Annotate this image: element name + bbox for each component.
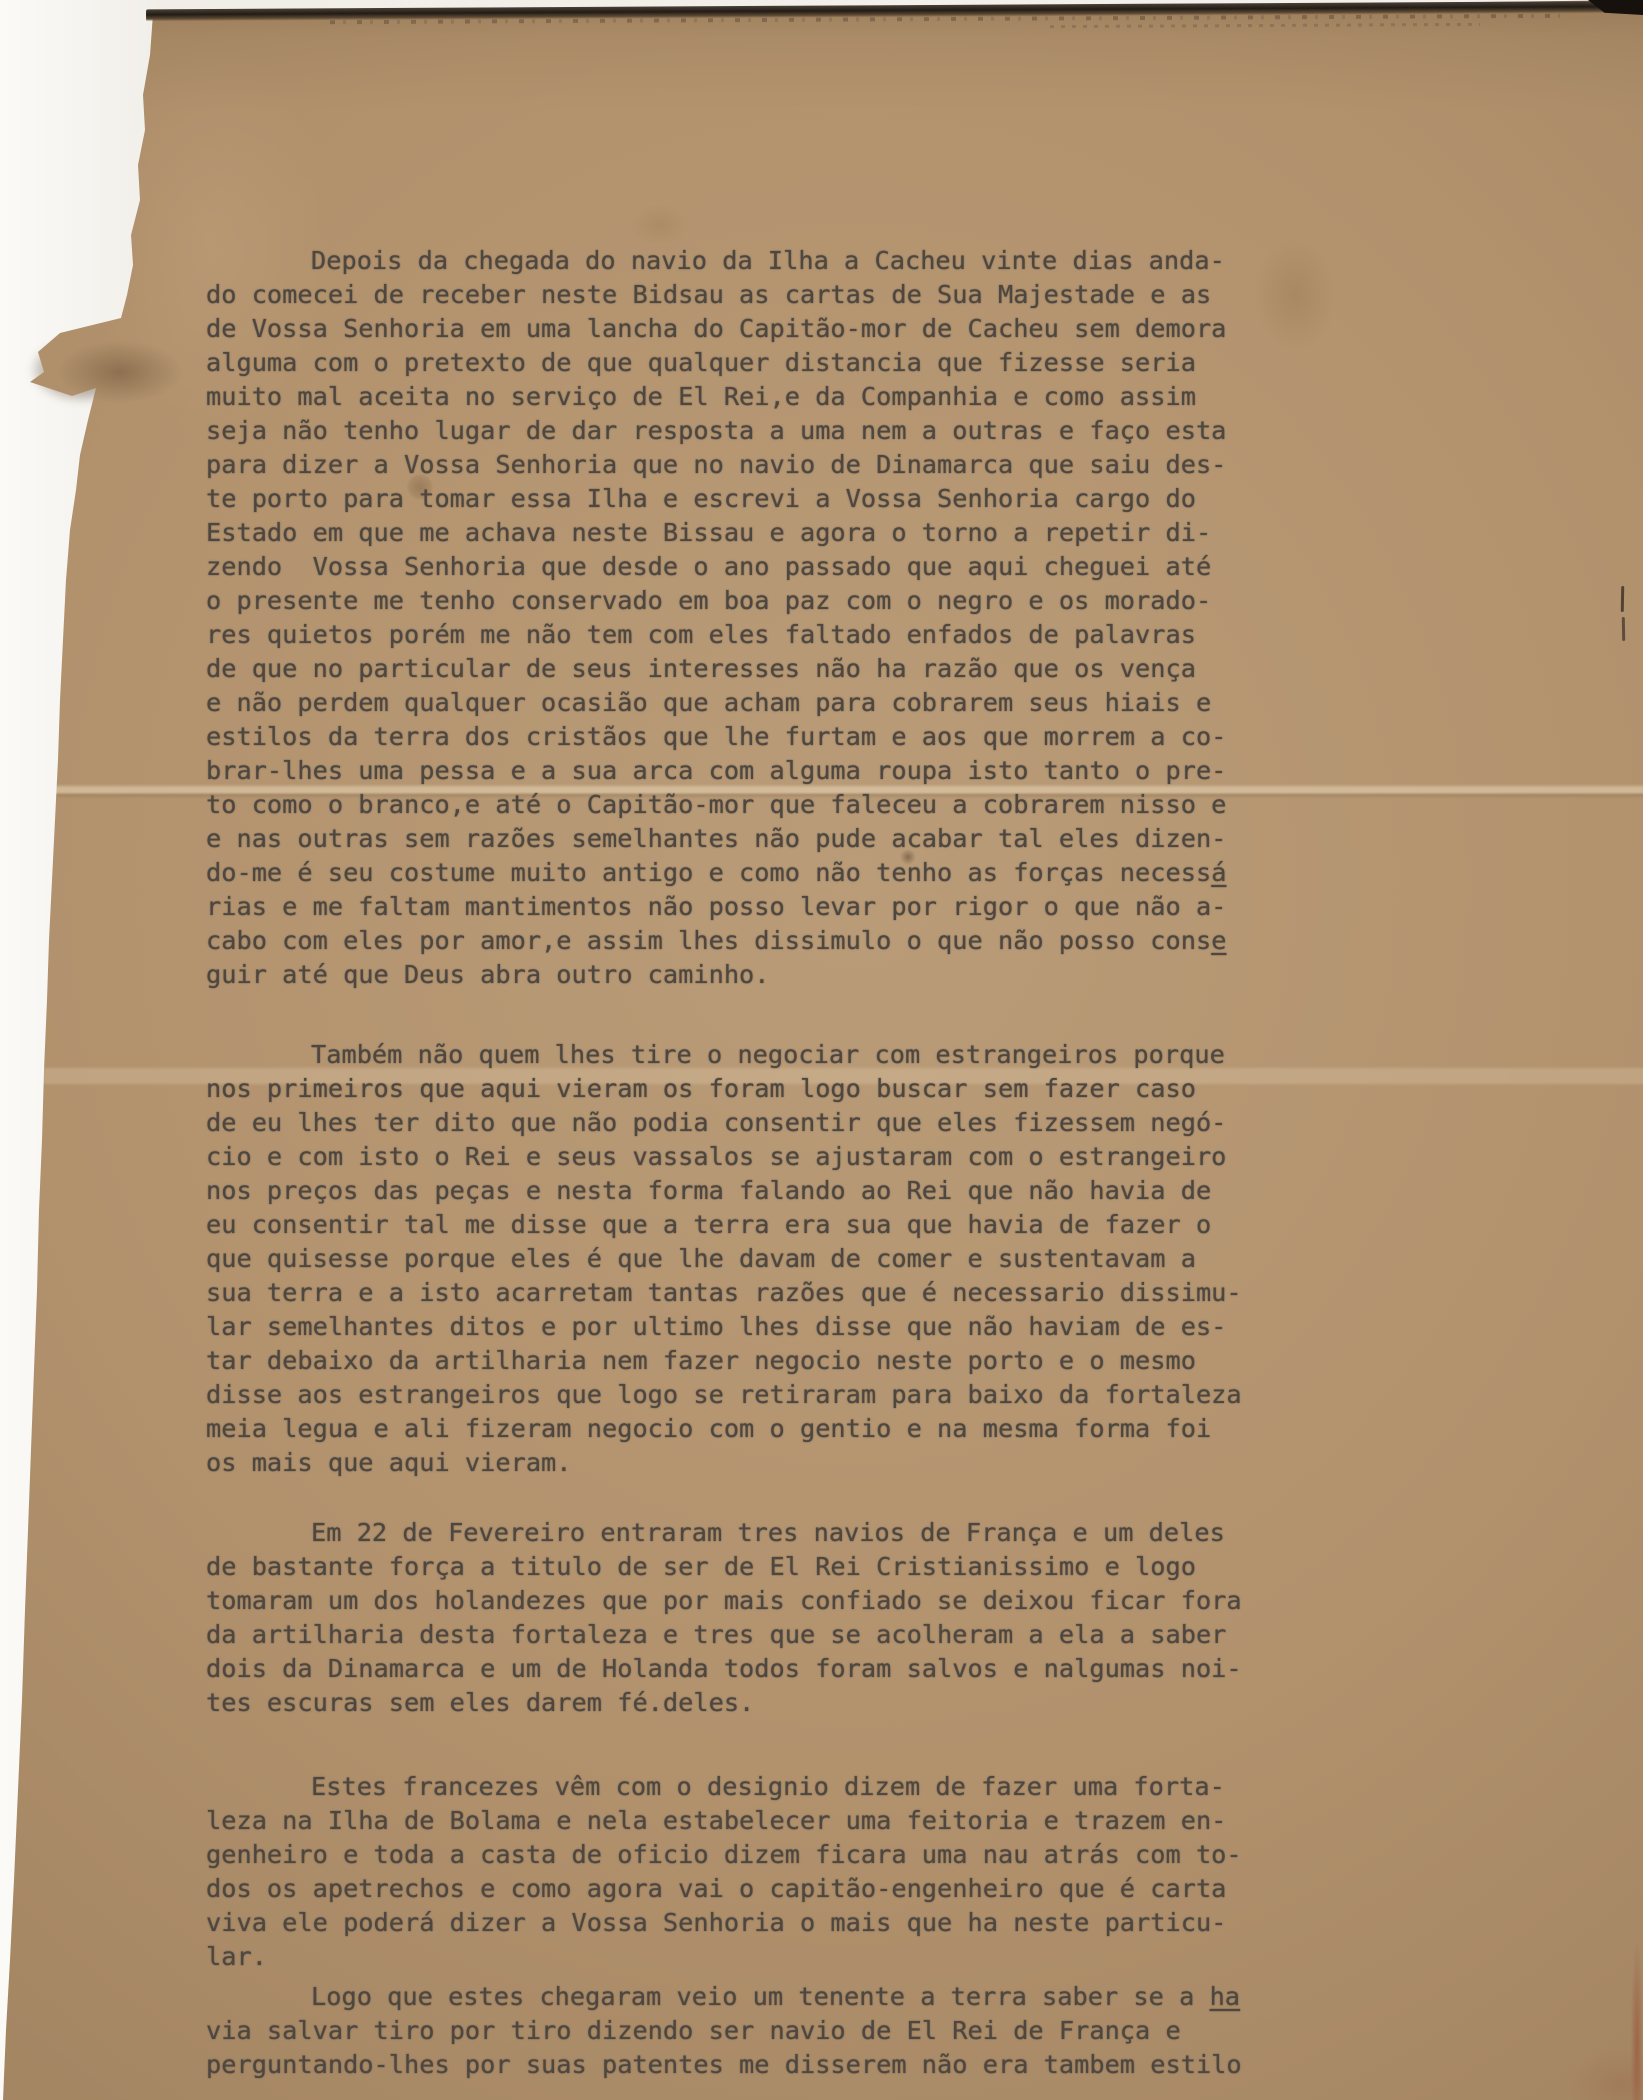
typewritten-line: lar semelhantes ditos e por ultimo lhes … xyxy=(206,1310,1586,1344)
text-segment: alguma com o pretexto de que qualquer di… xyxy=(206,348,1196,377)
typewritten-line: dois da Dinamarca e um de Holanda todos … xyxy=(206,1652,1586,1686)
typewritten-line: cio e com isto o Rei e seus vassalos se … xyxy=(206,1140,1586,1174)
text-segment: de que no particular de seus interesses … xyxy=(206,654,1196,683)
typewritten-line: sua terra e a isto acarretam tantas razõ… xyxy=(206,1276,1586,1310)
typewritten-line: Em 22 de Fevereiro entraram tres navios … xyxy=(206,1516,1586,1550)
text-segment: rias e me faltam mantimentos não posso l… xyxy=(206,892,1226,921)
text-segment: meia legua e ali fizeram negocio com o g… xyxy=(206,1414,1211,1443)
underlined-text: á xyxy=(1211,858,1226,887)
typewritten-line: do-me é seu costume muito antigo e como … xyxy=(206,856,1586,890)
text-segment: para dizer a Vossa Senhoria que no navio… xyxy=(206,450,1226,479)
text-segment: to como o branco,e até o Capitão-mor que… xyxy=(206,790,1226,819)
text-segment: perguntando-lhes por suas patentes me di… xyxy=(206,2050,1242,2079)
text-segment: Logo que estes chegaram veio um tenente … xyxy=(311,1982,1210,2011)
typewritten-line: genheiro e toda a casta de oficio dizem … xyxy=(206,1838,1586,1872)
letter-text: Depois da chegada do navio da Ilha a Cac… xyxy=(206,244,1586,2082)
typewritten-line: de Vossa Senhoria em uma lancha do Capit… xyxy=(206,312,1586,346)
text-segment: viva ele poderá dizer a Vossa Senhoria o… xyxy=(206,1908,1226,1937)
text-segment: que quisesse porque eles é que lhe davam… xyxy=(206,1244,1196,1273)
text-segment: tes escuras sem eles darem fé.deles. xyxy=(206,1688,754,1717)
text-segment: de Vossa Senhoria em uma lancha do Capit… xyxy=(206,314,1226,343)
text-segment: Estado em que me achava neste Bissau e a… xyxy=(206,518,1211,547)
text-segment: zendo Vossa Senhoria que desde o ano pas… xyxy=(206,552,1211,581)
text-segment: disse aos estrangeiros que logo se retir… xyxy=(206,1380,1242,1409)
typewritten-line: perguntando-lhes por suas patentes me di… xyxy=(206,2048,1586,2082)
typewritten-line: Estado em que me achava neste Bissau e a… xyxy=(206,516,1586,550)
typewritten-line: de que no particular de seus interesses … xyxy=(206,652,1586,686)
typewritten-line: meia legua e ali fizeram negocio com o g… xyxy=(206,1412,1586,1446)
typewritten-line: do comecei de receber neste Bidsau as ca… xyxy=(206,278,1586,312)
typewritten-line: eu consentir tal me disse que a terra er… xyxy=(206,1208,1586,1242)
typewritten-line: e não perdem qualquer ocasião que acham … xyxy=(206,686,1586,720)
text-segment: muito mal aceita no serviço de El Rei,e … xyxy=(206,382,1196,411)
typewritten-line: nos preços das peças e nesta forma falan… xyxy=(206,1174,1586,1208)
stray-ink-mark xyxy=(1622,617,1625,641)
text-segment: res quietos porém me não tem com eles fa… xyxy=(206,620,1196,649)
typewritten-line: disse aos estrangeiros que logo se retir… xyxy=(206,1378,1586,1412)
paragraph: Em 22 de Fevereiro entraram tres navios … xyxy=(206,1516,1586,1720)
typewritten-line: da artilharia desta fortaleza e tres que… xyxy=(206,1618,1586,1652)
typewritten-line: dos os apetrechos e como agora vai o cap… xyxy=(206,1872,1586,1906)
text-segment: o presente me tenho conservado em boa pa… xyxy=(206,586,1211,615)
text-segment: leza na Ilha de Bolama e nela estabelece… xyxy=(206,1806,1226,1835)
text-segment: estilos da terra dos cristãos que lhe fu… xyxy=(206,722,1226,751)
text-segment: de eu lhes ter dito que não podia consen… xyxy=(206,1108,1226,1137)
text-segment: e nas outras sem razões semelhantes não … xyxy=(206,824,1226,853)
text-segment: dos os apetrechos e como agora vai o cap… xyxy=(206,1874,1226,1903)
text-segment: brar-lhes uma pessa e a sua arca com alg… xyxy=(206,756,1226,785)
typewritten-line: e nas outras sem razões semelhantes não … xyxy=(206,822,1586,856)
typewritten-line: Depois da chegada do navio da Ilha a Cac… xyxy=(206,244,1586,278)
typewritten-line: os mais que aqui vieram. xyxy=(206,1446,1586,1480)
text-segment: Também não quem lhes tire o negociar com… xyxy=(311,1040,1225,1069)
underlined-text: e xyxy=(1211,926,1226,955)
paragraph: Também não quem lhes tire o negociar com… xyxy=(206,1038,1586,1480)
typewritten-line: zendo Vossa Senhoria que desde o ano pas… xyxy=(206,550,1586,584)
text-segment: do-me é seu costume muito antigo e como … xyxy=(206,858,1211,887)
typewritten-line: alguma com o pretexto de que qualquer di… xyxy=(206,346,1586,380)
text-segment: tomaram um dos holandezes que por mais c… xyxy=(206,1586,1242,1615)
typewritten-line: de eu lhes ter dito que não podia consen… xyxy=(206,1106,1586,1140)
typewritten-line: tar debaixo da artilharia nem fazer nego… xyxy=(206,1344,1586,1378)
typewritten-line: brar-lhes uma pessa e a sua arca com alg… xyxy=(206,754,1586,788)
underlined-text: ha xyxy=(1210,1982,1240,2011)
typewritten-line: Estes francezes vêm com o designio dizem… xyxy=(206,1770,1586,1804)
typewritten-line: guir até que Deus abra outro caminho. xyxy=(206,958,1586,992)
typewritten-line: tes escuras sem eles darem fé.deles. xyxy=(206,1686,1586,1720)
typewritten-line: leza na Ilha de Bolama e nela estabelece… xyxy=(206,1804,1586,1838)
text-segment: da artilharia desta fortaleza e tres que… xyxy=(206,1620,1226,1649)
paragraph: Estes francezes vêm com o designio dizem… xyxy=(206,1770,1586,1974)
typewritten-line: de bastante força a titulo de ser de El … xyxy=(206,1550,1586,1584)
text-segment: seja não tenho lugar de dar resposta a u… xyxy=(206,416,1226,445)
typewritten-line: estilos da terra dos cristãos que lhe fu… xyxy=(206,720,1586,754)
text-segment: de bastante força a titulo de ser de El … xyxy=(206,1552,1196,1581)
typewritten-line: o presente me tenho conservado em boa pa… xyxy=(206,584,1586,618)
typewritten-line: lar. xyxy=(206,1940,1586,1974)
text-segment: lar. xyxy=(206,1942,267,1971)
typewritten-line: para dizer a Vossa Senhoria que no navio… xyxy=(206,448,1586,482)
text-segment: dois da Dinamarca e um de Holanda todos … xyxy=(206,1654,1242,1683)
typewritten-line: via salvar tiro por tiro dizendo ser nav… xyxy=(206,2014,1586,2048)
typewritten-line: viva ele poderá dizer a Vossa Senhoria o… xyxy=(206,1906,1586,1940)
typewritten-line: nos primeiros que aqui vieram os foram l… xyxy=(206,1072,1586,1106)
typewritten-line: Logo que estes chegaram veio um tenente … xyxy=(206,1980,1586,2014)
text-segment: te porto para tomar essa Ilha e escrevi … xyxy=(206,484,1196,513)
paragraph: Depois da chegada do navio da Ilha a Cac… xyxy=(206,244,1586,992)
text-segment: eu consentir tal me disse que a terra er… xyxy=(206,1210,1211,1239)
text-segment: sua terra e a isto acarretam tantas razõ… xyxy=(206,1278,1242,1307)
text-segment: Depois da chegada do navio da Ilha a Cac… xyxy=(311,246,1225,275)
stray-ink-mark xyxy=(1621,586,1624,612)
typewritten-line: cabo com eles por amor,e assim lhes diss… xyxy=(206,924,1586,958)
typewritten-line: tomaram um dos holandezes que por mais c… xyxy=(206,1584,1586,1618)
text-segment: lar semelhantes ditos e por ultimo lhes … xyxy=(206,1312,1226,1341)
text-segment: Em 22 de Fevereiro entraram tres navios … xyxy=(311,1518,1225,1547)
text-segment: via salvar tiro por tiro dizendo ser nav… xyxy=(206,2016,1181,2045)
typewritten-line: Também não quem lhes tire o negociar com… xyxy=(206,1038,1586,1072)
typewritten-line: que quisesse porque eles é que lhe davam… xyxy=(206,1242,1586,1276)
typewritten-line: to como o branco,e até o Capitão-mor que… xyxy=(206,788,1586,822)
typewritten-line: res quietos porém me não tem com eles fa… xyxy=(206,618,1586,652)
text-segment: cio e com isto o Rei e seus vassalos se … xyxy=(206,1142,1226,1171)
text-segment: guir até que Deus abra outro caminho. xyxy=(206,960,770,989)
text-segment: e não perdem qualquer ocasião que acham … xyxy=(206,688,1211,717)
text-segment: cabo com eles por amor,e assim lhes diss… xyxy=(206,926,1211,955)
text-segment: os mais que aqui vieram. xyxy=(206,1448,572,1477)
text-segment: nos preços das peças e nesta forma falan… xyxy=(206,1176,1211,1205)
text-segment: nos primeiros que aqui vieram os foram l… xyxy=(206,1074,1196,1103)
text-segment: genheiro e toda a casta de oficio dizem … xyxy=(206,1840,1242,1869)
text-segment: Estes francezes vêm com o designio dizem… xyxy=(311,1772,1225,1801)
paragraph: Logo que estes chegaram veio um tenente … xyxy=(206,1980,1586,2082)
typewritten-line: rias e me faltam mantimentos não posso l… xyxy=(206,890,1586,924)
typewritten-line: seja não tenho lugar de dar resposta a u… xyxy=(206,414,1586,448)
text-segment: do comecei de receber neste Bidsau as ca… xyxy=(206,280,1211,309)
text-segment: tar debaixo da artilharia nem fazer nego… xyxy=(206,1346,1196,1375)
typewritten-line: te porto para tomar essa Ilha e escrevi … xyxy=(206,482,1586,516)
typewritten-line: muito mal aceita no serviço de El Rei,e … xyxy=(206,380,1586,414)
